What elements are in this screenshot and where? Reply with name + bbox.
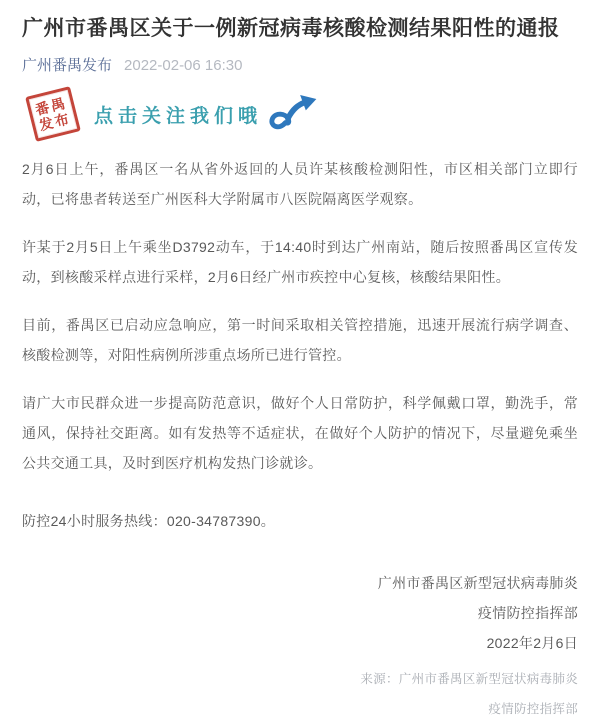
- source-block: 来源：广州市番禺区新型冠状病毒肺炎 疫情防控指挥部: [22, 664, 578, 724]
- article-title: 广州市番禺区关于一例新冠病毒核酸检测结果阳性的通报: [22, 14, 578, 44]
- follow-us-label: 点击关注我们哦: [94, 101, 262, 128]
- hotline-text: 防控24小时服务热线：020-34787390。: [22, 506, 578, 536]
- article-page: 广州市番禺区关于一例新冠病毒核酸检测结果阳性的通报 广州番禺发布 2022-02…: [0, 0, 600, 725]
- source-line-2: 疫情防控指挥部: [22, 694, 578, 724]
- signature-org-line: 广州市番禺区新型冠状病毒肺炎: [22, 568, 578, 598]
- account-name-link[interactable]: 广州番禺发布: [22, 56, 112, 76]
- paragraph-travel-history: 许某于2月5日上午乘坐D3792动车，于14:40时到达广州南站，随后按照番禺区…: [22, 232, 578, 292]
- source-line-1: 来源：广州市番禺区新型冠状病毒肺炎: [22, 664, 578, 694]
- follow-us-banner[interactable]: 番禺 发布 点击关注我们哦: [22, 86, 578, 142]
- signature-date-line: 2022年2月6日: [22, 628, 578, 658]
- signature-block: 广州市番禺区新型冠状病毒肺炎 疫情防控指挥部 2022年2月6日: [22, 568, 578, 658]
- curled-arrow-up-right-icon: [266, 93, 318, 136]
- signature-dept-line: 疫情防控指挥部: [22, 598, 578, 628]
- red-seal-stamp-icon: 番禺 发布: [25, 86, 81, 142]
- paragraph-public-advice: 请广大市民群众进一步提高防范意识，做好个人日常防护，科学佩戴口罩，勤洗手，常通风…: [22, 388, 578, 478]
- paragraph-emergency-response: 目前，番禺区已启动应急响应，第一时间采取相关管控措施，迅速开展流行病学调查、核酸…: [22, 310, 578, 370]
- paragraph-case-report: 2月6日上午，番禺区一名从省外返回的人员许某核酸检测阳性，市区相关部门立即行动，…: [22, 154, 578, 214]
- byline: 广州番禺发布 2022-02-06 16:30: [22, 56, 578, 76]
- publish-timestamp: 2022-02-06 16:30: [124, 56, 242, 76]
